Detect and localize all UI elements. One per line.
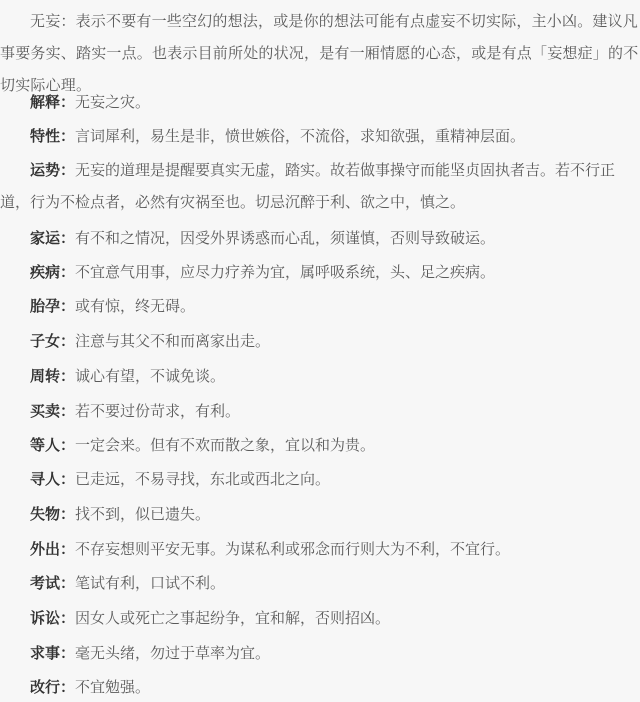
entry-missing-person: 寻人：已走远，不易寻找，东北或西北之向。 xyxy=(30,469,330,489)
entry-label: 疾病： xyxy=(30,263,75,281)
entry-label: 等人： xyxy=(30,436,75,454)
entry-children: 子女：注意与其父不和而离家出走。 xyxy=(30,331,270,351)
entry-characteristics: 特性：言词犀利，易生是非，愤世嫉俗，不流俗，求知欲强，重精神层面。 xyxy=(30,126,525,146)
entry-explanation: 解释：无妄之灾。 xyxy=(30,92,150,112)
entry-label: 外出： xyxy=(30,540,75,558)
entry-label: 买卖： xyxy=(30,402,75,420)
entry-label: 求事： xyxy=(30,644,75,662)
entry-label: 子女： xyxy=(30,332,75,350)
entry-text: 不宜意气用事，应尽力疗养为宜，属呼吸系统，头、足之疾病。 xyxy=(75,263,495,281)
entry-text: 因女人或死亡之事起纷争，宜和解，否则招凶。 xyxy=(75,609,390,627)
intro-paragraph: 无妄：表示不要有一些空幻的想法，或是你的想法可能有点虚妄不切实际，主小凶。建议凡… xyxy=(0,0,640,101)
entry-lost-item: 失物：找不到，似已遗失。 xyxy=(30,504,210,524)
entry-trade: 买卖：若不要过份苛求，有利。 xyxy=(30,401,240,421)
article-body: 无妄：表示不要有一些空幻的想法，或是你的想法可能有点虚妄不切实际，主小凶。建议凡… xyxy=(0,0,640,101)
entry-text: 无妄之灾。 xyxy=(75,93,150,111)
entry-job-seeking: 求事：毫无头绪，勿过于草率为宜。 xyxy=(30,643,270,663)
entry-finance: 周转：诚心有望，不诚免谈。 xyxy=(30,366,225,386)
entry-text: 注意与其父不和而离家出走。 xyxy=(75,332,270,350)
entry-label: 特性： xyxy=(30,127,75,145)
entry-label: 胎孕： xyxy=(30,297,75,315)
entry-text: 不宜勉强。 xyxy=(75,678,150,696)
entry-text: 或有惊，终无碍。 xyxy=(75,297,195,315)
entry-illness: 疾病：不宜意气用事，应尽力疗养为宜，属呼吸系统，头、足之疾病。 xyxy=(30,262,495,282)
entry-lawsuit: 诉讼：因女人或死亡之事起纷争，宜和解，否则招凶。 xyxy=(30,608,390,628)
entry-label: 失物： xyxy=(30,505,75,523)
entry-label: 运势： xyxy=(30,161,75,179)
entry-family: 家运：有不和之情况，因受外界诱惑而心乱，须谨慎，否则导致破运。 xyxy=(30,228,495,248)
entry-text: 笔试有利，口试不利。 xyxy=(75,574,225,592)
entry-label: 周转： xyxy=(30,367,75,385)
entry-text: 已走远，不易寻找，东北或西北之向。 xyxy=(75,470,330,488)
entry-text: 毫无头绪，勿过于草率为宜。 xyxy=(75,644,270,662)
entry-label: 考试： xyxy=(30,574,75,592)
entry-text: 若不要过份苛求，有利。 xyxy=(75,402,240,420)
entry-label: 改行： xyxy=(30,678,75,696)
entry-waiting: 等人：一定会来。但有不欢而散之象，宜以和为贵。 xyxy=(30,435,375,455)
entry-text: 无妄的道理是提醒要真实无虚，踏实。故若做事操守而能坚贞固执者吉。若不行正道，行为… xyxy=(0,161,615,211)
entry-label: 寻人： xyxy=(30,470,75,488)
entry-fortune: 运势：无妄的道理是提醒要真实无虚，踏实。故若做事操守而能坚贞固执者吉。若不行正道… xyxy=(0,154,640,218)
entry-label: 诉讼： xyxy=(30,609,75,627)
entry-label: 解释： xyxy=(30,93,75,111)
entry-travel: 外出：不存妄想则平安无事。为谋私利或邪念而行则大为不利，不宜行。 xyxy=(30,539,510,559)
entry-text: 找不到，似已遗失。 xyxy=(75,505,210,523)
entry-label: 家运： xyxy=(30,229,75,247)
entry-exam: 考试：笔试有利，口试不利。 xyxy=(30,573,225,593)
entry-text: 言词犀利，易生是非，愤世嫉俗，不流俗，求知欲强，重精神层面。 xyxy=(75,127,525,145)
entry-text: 诚心有望，不诚免谈。 xyxy=(75,367,225,385)
entry-text: 不存妄想则平安无事。为谋私利或邪念而行则大为不利，不宜行。 xyxy=(75,540,510,558)
entry-text: 有不和之情况，因受外界诱惑而心乱，须谨慎，否则导致破运。 xyxy=(75,229,495,247)
entry-pregnancy: 胎孕：或有惊，终无碍。 xyxy=(30,296,195,316)
entry-text: 一定会来。但有不欢而散之象，宜以和为贵。 xyxy=(75,436,375,454)
entry-career-change: 改行：不宜勉强。 xyxy=(30,677,150,697)
